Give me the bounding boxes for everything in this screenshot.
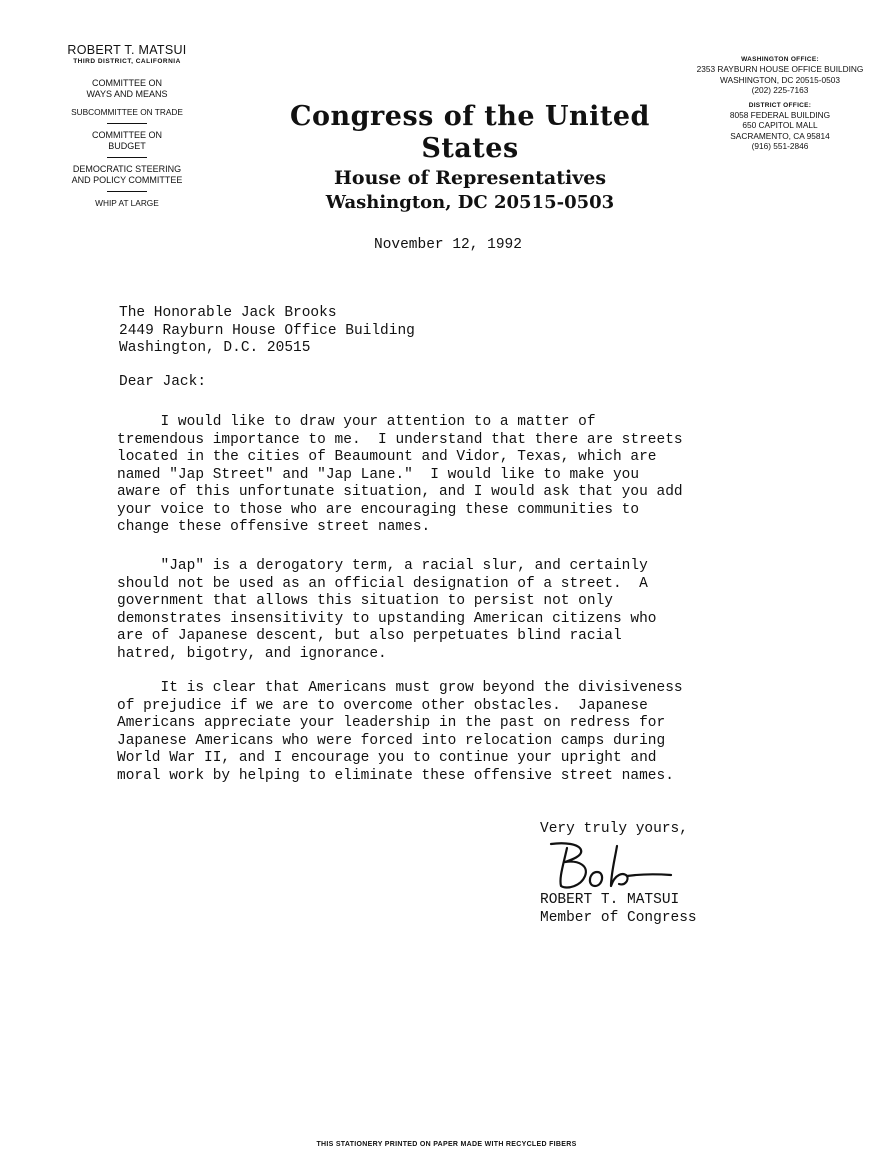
- recipient-street: 2449 Rayburn House Office Building: [119, 323, 415, 341]
- washington-office-line: WASHINGTON, DC 20515-0503: [682, 75, 878, 86]
- letter-date: November 12, 1992: [374, 237, 522, 253]
- district-office-line: 650 CAPITOL MALL: [682, 120, 878, 131]
- letterhead: Congress of the United States House of R…: [270, 101, 670, 215]
- recipient-city: Washington, D.C. 20515: [119, 340, 415, 358]
- subcommittee-trade: SUBCOMMITTEE ON TRADE: [52, 107, 202, 118]
- letterhead-title: Congress of the United States: [270, 101, 670, 165]
- member-name: ROBERT T. MATSUI: [52, 43, 202, 57]
- closing: Very truly yours,: [540, 821, 688, 837]
- body-paragraph-2: "Jap" is a derogatory term, a racial slu…: [117, 558, 817, 663]
- district-office-heading: DISTRICT OFFICE:: [682, 101, 878, 110]
- district-office-phone: (916) 551-2846: [682, 141, 878, 152]
- signer-name: ROBERT T. MATSUI: [540, 891, 697, 909]
- handwritten-signature: [545, 838, 675, 896]
- recipient-name: The Honorable Jack Brooks: [119, 305, 415, 323]
- signer-block: ROBERT T. MATSUI Member of Congress: [540, 891, 697, 927]
- committee-steering-line2: AND POLICY COMMITTEE: [52, 175, 202, 186]
- signer-title: Member of Congress: [540, 909, 697, 927]
- letterhead-city: Washington, DC 20515-0503: [270, 191, 670, 215]
- committee-ways-means-line1: COMMITTEE ON: [52, 78, 202, 89]
- office-address-block: WASHINGTON OFFICE: 2353 RAYBURN HOUSE OF…: [682, 55, 878, 152]
- letterhead-subtitle: House of Representatives: [270, 165, 670, 191]
- divider: [107, 191, 147, 192]
- body-paragraph-1: I would like to draw your attention to a…: [117, 414, 817, 537]
- body-paragraph-3: It is clear that Americans must grow bey…: [117, 680, 817, 785]
- committee-budget-line2: BUDGET: [52, 141, 202, 152]
- divider: [107, 157, 147, 158]
- washington-office-line: 2353 RAYBURN HOUSE OFFICE BUILDING: [682, 64, 878, 75]
- committee-ways-means-line2: WAYS AND MEANS: [52, 89, 202, 100]
- whip-at-large: WHIP AT LARGE: [52, 198, 202, 209]
- member-district: Third District, California: [52, 57, 202, 66]
- member-committee-block: ROBERT T. MATSUI Third District, Califor…: [52, 43, 202, 209]
- district-office-line: SACRAMENTO, CA 95814: [682, 131, 878, 142]
- washington-office-heading: WASHINGTON OFFICE:: [682, 55, 878, 64]
- committee-steering-line1: DEMOCRATIC STEERING: [52, 164, 202, 175]
- salutation: Dear Jack:: [119, 374, 206, 390]
- recipient-address: The Honorable Jack Brooks 2449 Rayburn H…: [119, 305, 415, 358]
- divider: [107, 123, 147, 124]
- washington-office-phone: (202) 225-7163: [682, 85, 878, 96]
- committee-budget-line1: COMMITTEE ON: [52, 130, 202, 141]
- recycled-paper-notice: THIS STATIONERY PRINTED ON PAPER MADE WI…: [0, 1141, 893, 1148]
- district-office-line: 8058 FEDERAL BUILDING: [682, 110, 878, 121]
